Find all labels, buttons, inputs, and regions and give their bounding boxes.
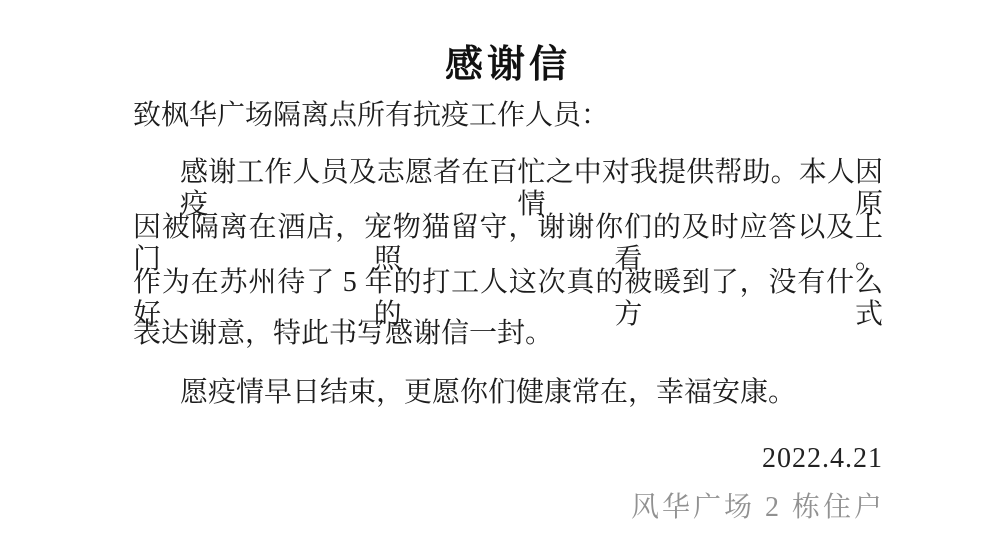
letter-title: 感谢信 (133, 33, 883, 88)
signature-line: 风华广场 2 栋住户 (133, 492, 885, 524)
body-line: 表达谢意，特此书写感谢信一封。 (133, 318, 883, 350)
body-line: 愿疫情早日结束，更愿你们健康常在，幸福安康。 (133, 377, 883, 409)
salutation-line: 致枫华广场隔离点所有抗疫工作人员： (133, 100, 883, 132)
letter-page: 感谢信 致枫华广场隔离点所有抗疫工作人员： 感谢工作人员及志愿者在百忙之中对我提… (0, 0, 1001, 549)
date-line: 2022.4.21 (133, 443, 883, 475)
letter-content: 感谢信 致枫华广场隔离点所有抗疫工作人员： 感谢工作人员及志愿者在百忙之中对我提… (133, 0, 883, 549)
